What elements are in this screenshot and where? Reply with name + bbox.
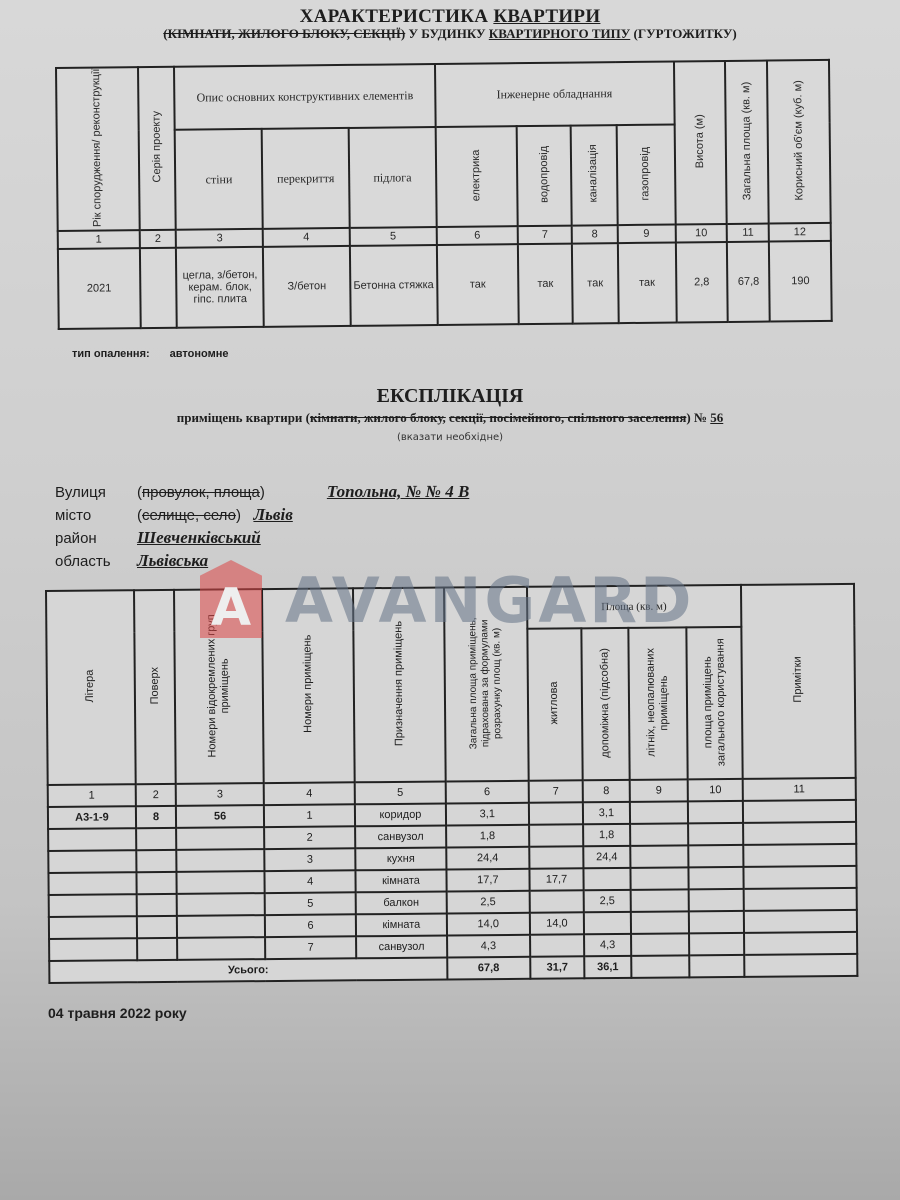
cell-total: 24,4 — [446, 847, 529, 870]
empty-cell — [688, 801, 743, 823]
col-num: 7 — [518, 226, 572, 245]
col-num: 9 — [629, 779, 688, 802]
characteristics-subtitle: (КІМНАТИ, ЖИЛОГО БЛОКУ, СЕКЦІЇ) У БУДИНК… — [0, 26, 900, 42]
apartment-number: 56 — [710, 410, 723, 425]
cell-total: 4,3 — [447, 935, 530, 958]
cell-group — [176, 827, 264, 850]
col-num: 5 — [355, 782, 446, 805]
col-num: 10 — [675, 224, 727, 243]
cell-purpose: балкон — [356, 892, 447, 915]
col-num: 6 — [446, 781, 529, 804]
cell-floor — [137, 894, 178, 916]
empty-cell — [630, 889, 689, 912]
cell-aux: 3,1 — [583, 802, 630, 824]
cell-room: 5 — [265, 892, 356, 915]
cell-litera — [48, 872, 136, 895]
header-common: площа приміщень загального користування — [687, 627, 743, 779]
header-volume: Корисний об'єм (куб. м) — [767, 60, 831, 224]
cell-height: 2,8 — [675, 242, 728, 323]
cell-room: 1 — [264, 804, 355, 827]
cell-floor — [136, 828, 177, 850]
cell-floor: 8 — [136, 806, 177, 828]
empty-cell — [630, 801, 689, 824]
rooms-table: Літера Поверх Номери відокремлених груп … — [45, 583, 858, 984]
cell-electricity: так — [437, 245, 519, 326]
col-num: 8 — [572, 226, 618, 244]
col-num: 6 — [436, 227, 518, 246]
cell-purpose: кухня — [355, 848, 446, 871]
characteristics-table: Рік спорудження/ реконструкції Серія про… — [55, 59, 833, 331]
cell-total: 17,7 — [446, 869, 529, 892]
cell-total: 2,5 — [447, 891, 530, 914]
header-summer: літніх, неопалюваних приміщень — [628, 627, 688, 780]
cell-litera — [48, 850, 136, 873]
document-date: 04 травня 2022 року — [48, 1005, 187, 1021]
cell-total: 3,1 — [446, 803, 529, 826]
explication-subtitle: приміщень квартири (кімнати, жилого блок… — [0, 410, 900, 426]
cell-group — [177, 871, 265, 894]
cell-purpose: кімната — [355, 870, 446, 893]
col-num: 12 — [769, 223, 831, 242]
cell-floor — [137, 916, 178, 938]
cell-walls: цегла, з/бетон, керам. блок, гіпс. плита — [176, 247, 263, 328]
header-year: Рік спорудження/ реконструкції — [56, 67, 139, 231]
empty-cell — [743, 844, 856, 867]
cell-living: 17,7 — [529, 868, 584, 890]
empty-cell — [630, 845, 689, 868]
header-notes: Примітки — [741, 584, 856, 779]
cell-living: 14,0 — [530, 912, 585, 934]
cell-group — [177, 915, 265, 938]
header-group-numbers: Номери відокремлених груп приміщень — [174, 589, 264, 784]
empty-cell — [689, 955, 744, 977]
col-num: 2 — [139, 230, 176, 248]
header-living: житлова — [527, 628, 583, 780]
col-num: 3 — [176, 783, 264, 806]
totals-aux: 36,1 — [584, 956, 631, 978]
empty-cell — [689, 933, 744, 955]
address-district: районШевченківський — [55, 528, 261, 548]
cell-living — [529, 802, 584, 824]
characteristics-data-row: 2021 цегла, з/бетон, керам. блок, гіпс. … — [58, 241, 832, 329]
cell-floor — [137, 938, 178, 960]
cell-water: так — [518, 244, 573, 325]
col-num: 2 — [136, 784, 177, 806]
cell-total: 14,0 — [447, 913, 530, 936]
cell-floor: Бетонна стяжка — [350, 245, 438, 326]
totals-total: 67,8 — [447, 957, 530, 980]
col-num: 3 — [176, 229, 263, 248]
empty-cell — [743, 822, 856, 845]
cell-year: 2021 — [58, 249, 140, 330]
empty-cell — [744, 954, 857, 977]
totals-label: Усього: — [49, 958, 447, 983]
cell-litera — [49, 938, 137, 961]
col-num: 4 — [263, 228, 350, 247]
header-total: Загальна площа приміщень, підрахована за… — [444, 587, 529, 782]
header-sewage: каналізація — [571, 125, 618, 226]
cell-floor — [136, 872, 177, 894]
header-area-group: Площа (кв. м) — [527, 585, 741, 629]
cell-series — [140, 248, 178, 328]
col-num: 5 — [350, 227, 437, 246]
col-num: 9 — [618, 225, 676, 244]
header-floor: підлога — [349, 127, 437, 229]
col-num: 1 — [48, 784, 136, 807]
header-auxiliary: допоміжна (підсобна) — [582, 628, 630, 780]
cell-living — [529, 846, 584, 868]
cell-total: 1,8 — [446, 825, 529, 848]
header-series: Серія проекту — [138, 67, 177, 231]
cell-purpose: коридор — [355, 804, 446, 827]
explication-note: (вказати необхідне) — [0, 432, 900, 443]
col-num: 8 — [583, 780, 630, 802]
header-walls: стіни — [175, 128, 263, 230]
heating-type: тип опалення:автономне — [72, 348, 249, 360]
empty-cell — [630, 823, 689, 846]
header-engineering: Інженерне обладнання — [435, 62, 675, 127]
header-water: водопровід — [517, 125, 572, 226]
cell-aux: 1,8 — [583, 824, 630, 846]
cell-living — [529, 890, 584, 912]
explication-title: ЕКСПЛІКАЦІЯ — [0, 385, 900, 408]
cell-group — [177, 893, 265, 916]
address-city: місто(селище, село) Львів — [55, 505, 293, 525]
cell-aux — [584, 912, 631, 934]
empty-cell — [631, 911, 690, 934]
header-floor: Поверх — [134, 590, 176, 784]
empty-cell — [688, 823, 743, 845]
cell-litera — [49, 894, 137, 917]
totals-living: 31,7 — [530, 956, 585, 978]
empty-cell — [689, 911, 744, 933]
cell-room: 2 — [264, 826, 355, 849]
cell-room: 3 — [264, 848, 355, 871]
col-num: 11 — [727, 224, 769, 242]
header-room-numbers: Номери приміщень — [262, 588, 355, 783]
cell-purpose: санвузол — [355, 826, 446, 849]
cell-aux: 4,3 — [584, 934, 631, 956]
header-electricity: електрика — [435, 126, 518, 228]
col-num: 11 — [742, 778, 855, 801]
cell-litera: А3-1-9 — [48, 806, 136, 829]
empty-cell — [689, 867, 744, 889]
empty-cell — [743, 866, 856, 889]
cell-room: 4 — [265, 870, 356, 893]
cell-ceilings: З/бетон — [263, 246, 351, 327]
header-construction: Опис основних конструктивних елементів — [174, 64, 435, 129]
cell-group — [177, 937, 265, 960]
empty-cell — [689, 889, 744, 911]
cell-litera — [49, 916, 137, 939]
col-num: 1 — [58, 231, 140, 250]
cell-aux — [584, 868, 631, 890]
cell-living — [529, 824, 584, 846]
empty-cell — [743, 800, 856, 823]
cell-aux: 2,5 — [584, 890, 631, 912]
empty-cell — [630, 867, 689, 890]
header-height: Висота (м) — [674, 61, 727, 225]
cell-purpose: кімната — [356, 914, 447, 937]
header-gas: газопровід — [616, 124, 675, 226]
header-total-area: Загальна площа (кв. м) — [725, 61, 769, 225]
cell-litera — [48, 828, 136, 851]
empty-cell — [744, 910, 857, 933]
address-street: Вулиця(провулок, площа)Топольна, № № 4 В — [55, 482, 469, 502]
cell-living — [530, 934, 585, 956]
empty-cell — [631, 955, 690, 978]
cell-group: 56 — [176, 805, 264, 828]
header-litera: Літера — [46, 590, 136, 785]
empty-cell — [743, 888, 856, 911]
cell-room: 7 — [265, 936, 356, 959]
header-ceilings: перекриття — [262, 127, 350, 229]
cell-purpose: санвузол — [356, 936, 447, 959]
col-num: 10 — [688, 779, 743, 801]
document-page: ХАРАКТЕРИСТИКА КВАРТИРИ (КІМНАТИ, ЖИЛОГО… — [0, 0, 900, 1200]
cell-room: 6 — [265, 914, 356, 937]
cell-aux: 24,4 — [583, 846, 630, 868]
cell-gas: так — [618, 243, 677, 324]
col-num: 7 — [528, 780, 583, 802]
cell-sewage: так — [572, 244, 619, 324]
characteristics-title: ХАРАКТЕРИСТИКА КВАРТИРИ — [0, 6, 900, 28]
empty-cell — [744, 932, 857, 955]
address-region: областьЛьвівська — [55, 551, 208, 571]
col-num: 4 — [264, 782, 355, 805]
empty-cell — [631, 933, 690, 956]
cell-floor — [136, 850, 177, 872]
header-purpose: Призначення приміщень — [353, 588, 446, 783]
cell-volume: 190 — [769, 241, 832, 322]
empty-cell — [689, 845, 744, 867]
cell-total-area: 67,8 — [727, 242, 770, 322]
cell-group — [177, 849, 265, 872]
